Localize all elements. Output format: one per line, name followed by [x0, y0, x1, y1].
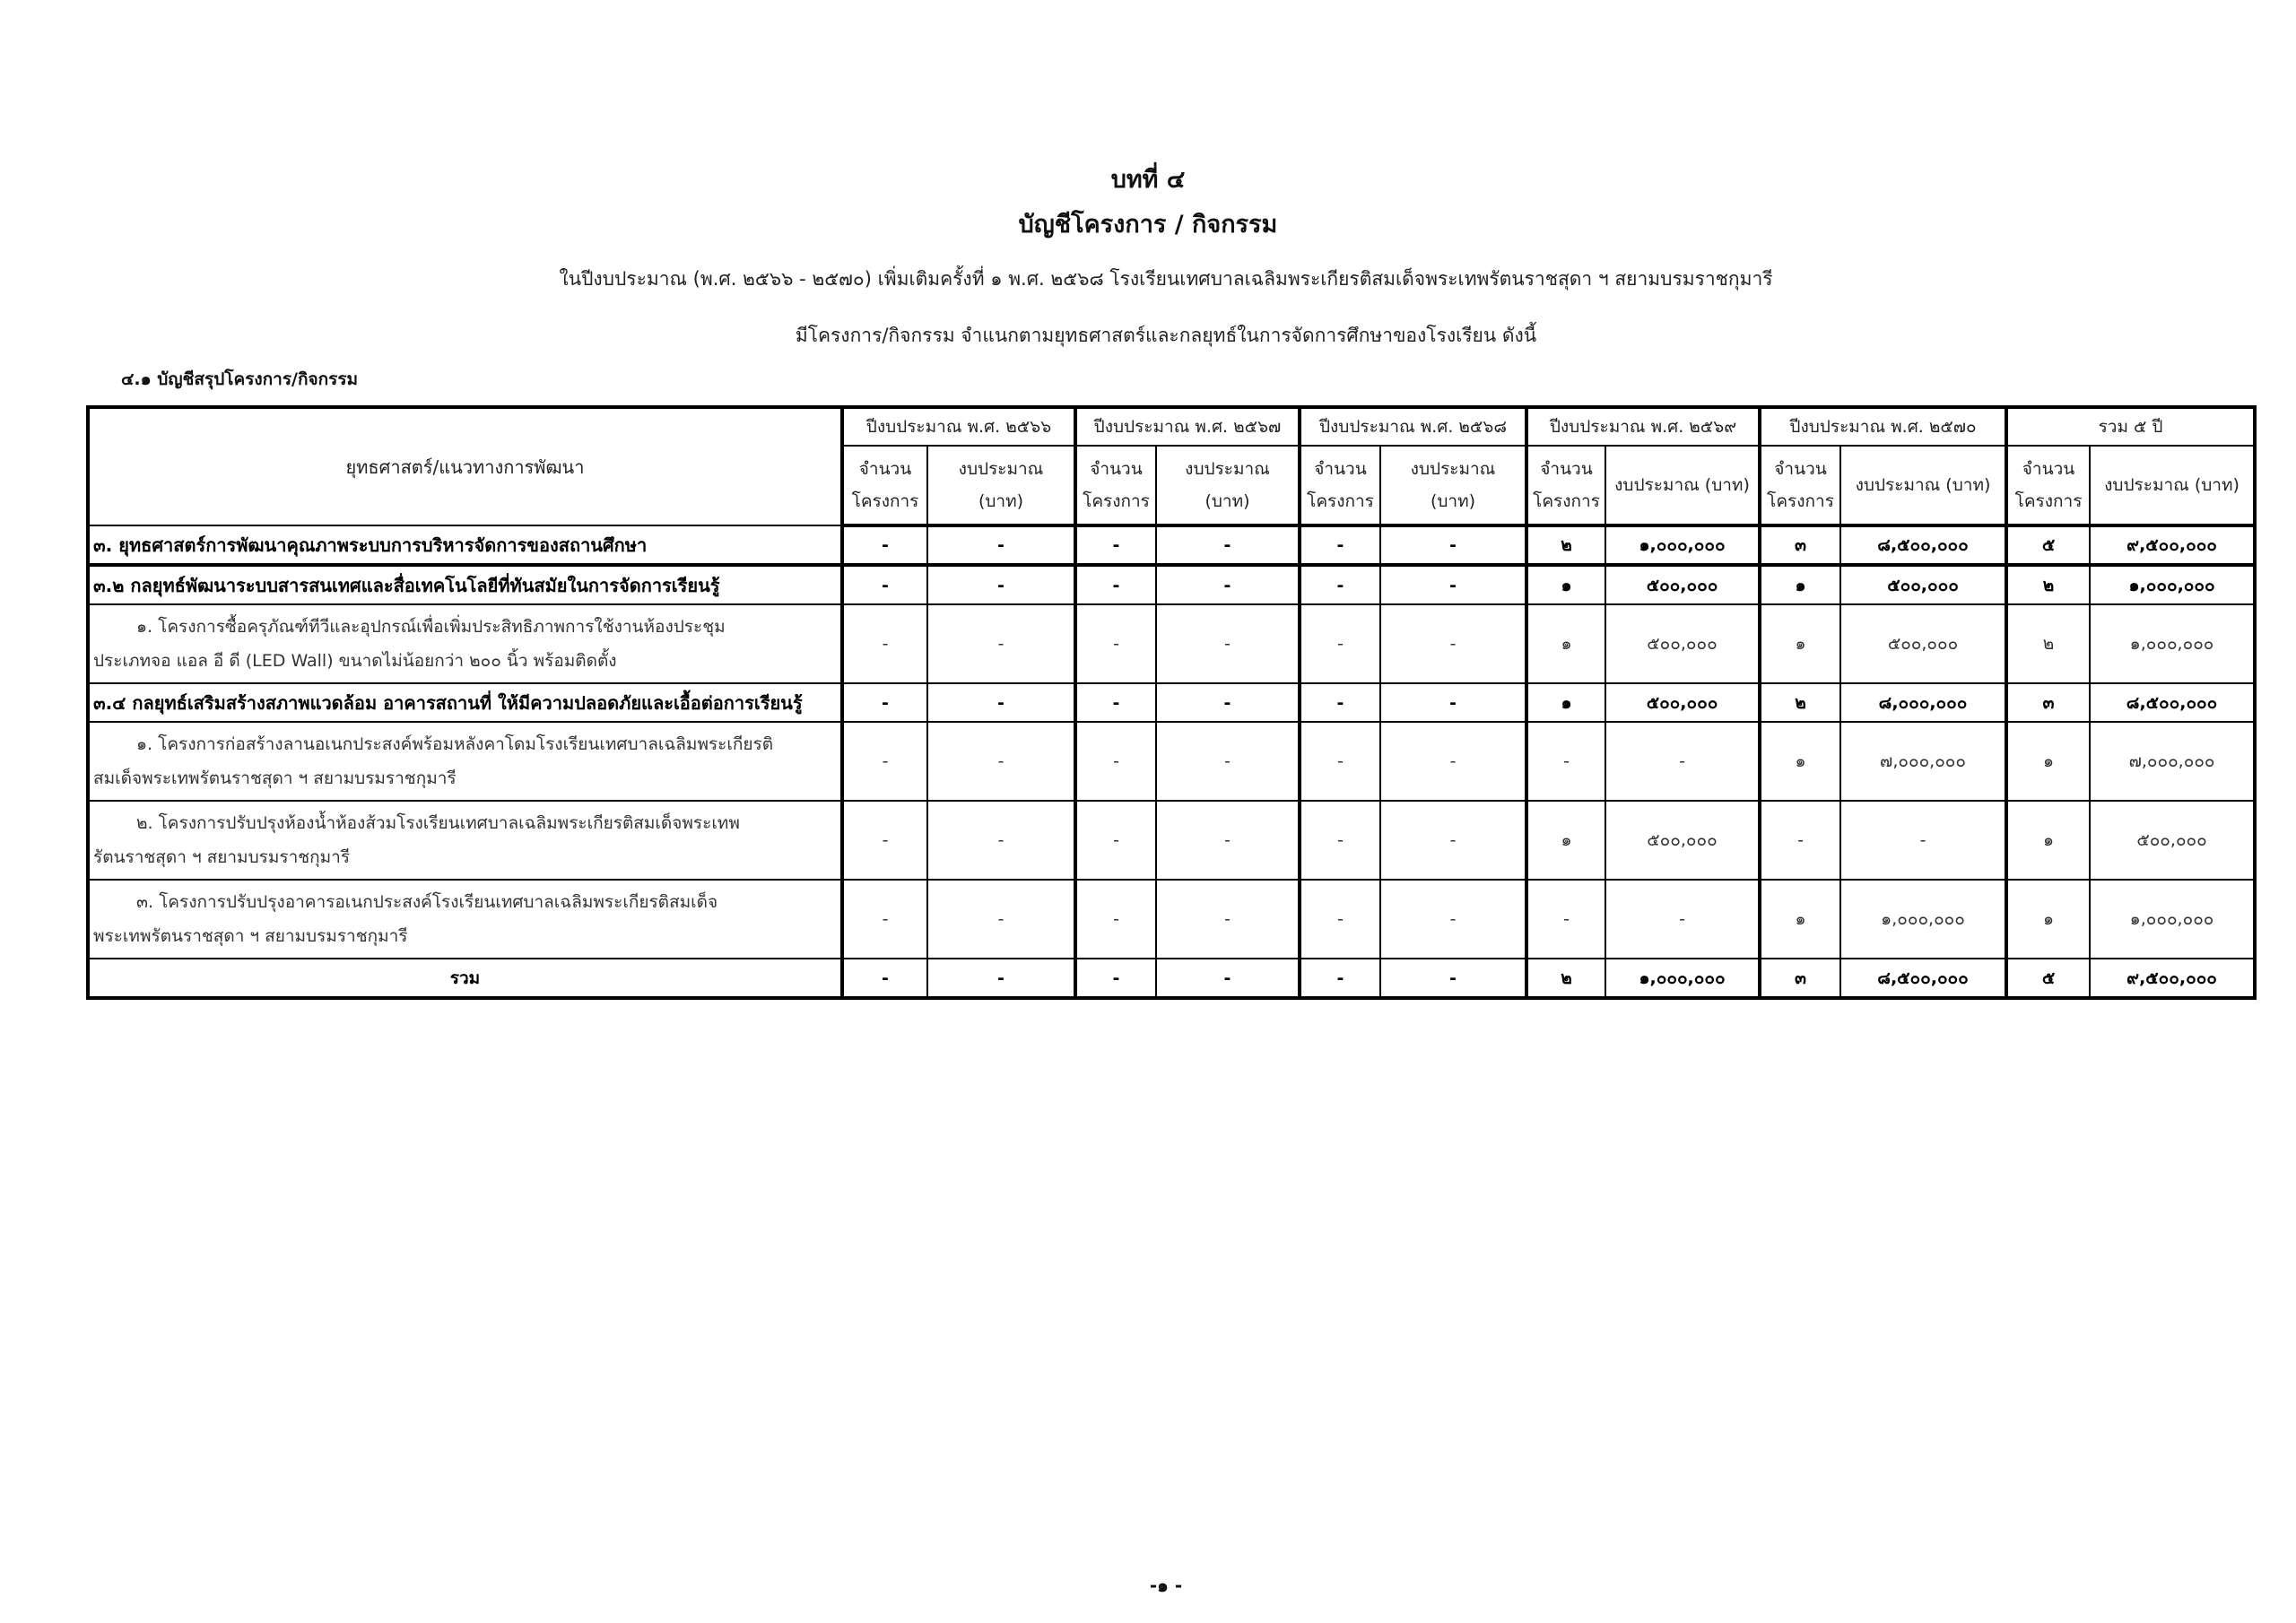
project-name-line: ๑. โครงการก่อสร้างลานอเนกประสงค์พร้อมหลั…: [93, 727, 837, 761]
project-count-cell: -: [1300, 880, 1380, 959]
budget-header: งบประมาณ (บาท): [2090, 446, 2255, 525]
budget-cell: ๘,๕๐๐,๐๐๐: [2090, 683, 2255, 722]
project-count-cell: ๓: [2006, 683, 2090, 722]
project-summary-table: ยุทธศาสตร์/แนวทางการพัฒนา ปีงบประมาณ พ.ศ…: [86, 405, 2257, 1000]
project-count-cell: -: [842, 959, 927, 998]
year-header-2568: ปีงบประมาณ พ.ศ. ๒๕๖๘: [1300, 407, 1526, 446]
budget-cell: ๕๐๐,๐๐๐: [1605, 801, 1760, 880]
budget-cell: -: [1380, 801, 1526, 880]
project-name-line: พระเทพรัตนราชสุดา ฯ สยามบรมราชกุมารี: [93, 919, 837, 953]
project-count-cell: ๒: [2006, 565, 2090, 604]
header-line: จำนวน: [1090, 459, 1142, 479]
budget-cell: -: [1380, 525, 1526, 565]
budget-cell: -: [1840, 801, 2006, 880]
header-line: โครงการ: [1767, 491, 1834, 511]
budget-cell: ๑,๐๐๐,๐๐๐: [2090, 880, 2255, 959]
budget-cell: -: [1156, 880, 1300, 959]
project-name-line: ๑. โครงการซื้อครุภัณฑ์ทีวีและอุปกรณ์เพื่…: [93, 610, 837, 644]
budget-cell: ๘,๐๐๐,๐๐๐: [1840, 683, 2006, 722]
document-title: บัญชีโครงการ / กิจกรรม: [0, 204, 2296, 243]
budget-cell: -: [1156, 683, 1300, 722]
header-line: งบประมาณ (บาท): [2104, 475, 2239, 495]
project-count-cell: ๑: [1760, 722, 1840, 801]
budget-header: งบประมาณ(บาท): [1156, 446, 1300, 525]
project-count-cell: -: [1300, 525, 1380, 565]
project-count-cell: -: [842, 801, 927, 880]
table-row: ๑. โครงการก่อสร้างลานอเนกประสงค์พร้อมหลั…: [88, 722, 2255, 801]
table-row: ๒. โครงการปรับปรุงห้องน้ำห้องส้วมโรงเรีย…: [88, 801, 2255, 880]
budget-cell: ๕๐๐,๐๐๐: [1840, 565, 2006, 604]
project-count-cell: -: [842, 525, 927, 565]
project-count-cell: -: [1760, 801, 1840, 880]
header-line: จำนวน: [1314, 459, 1366, 479]
budget-header: งบประมาณ (บาท): [1605, 446, 1760, 525]
budget-cell: ๗,๐๐๐,๐๐๐: [2090, 722, 2255, 801]
project-count-cell: ๑: [1526, 604, 1605, 683]
budget-cell: -: [1380, 604, 1526, 683]
budget-cell: -: [1156, 604, 1300, 683]
project-count-cell: -: [1526, 880, 1605, 959]
header-line: โครงการ: [2015, 491, 2083, 511]
section-heading: ๔.๑ บัญชีสรุปโครงการ/กิจกรรม: [121, 366, 358, 393]
budget-cell: -: [1156, 801, 1300, 880]
budget-cell: -: [1605, 880, 1760, 959]
project-count-cell: ๑: [1760, 880, 1840, 959]
budget-cell: ๘,๕๐๐,๐๐๐: [1840, 525, 2006, 565]
project-count-cell: ๑: [2006, 722, 2090, 801]
header-line: จำนวน: [1774, 459, 1826, 479]
year-header-2566: ปีงบประมาณ พ.ศ. ๒๕๖๖: [842, 407, 1075, 446]
budget-header: งบประมาณ(บาท): [927, 446, 1075, 525]
year-header-2567: ปีงบประมาณ พ.ศ. ๒๕๖๗: [1075, 407, 1300, 446]
project-count-header: จำนวนโครงการ: [1300, 446, 1380, 525]
project-name: ๓. โครงการปรับปรุงอาคารอเนกประสงค์โรงเรี…: [88, 880, 842, 959]
total-row: รวม------๒๑,๐๐๐,๐๐๐๓๘,๕๐๐,๐๐๐๕๙,๕๐๐,๐๐๐: [88, 959, 2255, 998]
project-name-line: รัตนราชสุดา ฯ สยามบรมราชกุมารี: [93, 840, 837, 874]
budget-cell: -: [1380, 683, 1526, 722]
project-count-cell: -: [1075, 683, 1156, 722]
project-count-header: จำนวนโครงการ: [1760, 446, 1840, 525]
budget-header: งบประมาณ (บาท): [1840, 446, 2006, 525]
strategy-name: ๓. ยุทธศาสตร์การพัฒนาคุณภาพระบบการบริหาร…: [88, 525, 842, 565]
project-count-cell: -: [1300, 959, 1380, 998]
budget-cell: ๘,๕๐๐,๐๐๐: [1840, 959, 2006, 998]
budget-cell: -: [927, 604, 1075, 683]
project-name: ๑. โครงการก่อสร้างลานอเนกประสงค์พร้อมหลั…: [88, 722, 842, 801]
budget-cell: ๑,๐๐๐,๐๐๐: [1840, 880, 2006, 959]
budget-cell: ๙,๕๐๐,๐๐๐: [2090, 525, 2255, 565]
budget-cell: -: [1380, 959, 1526, 998]
subtitle-line-2: มีโครงการ/กิจกรรม จำแนกตามยุทธศาสตร์และก…: [0, 321, 2296, 351]
page-number: -๑ -: [0, 1571, 2296, 1600]
budget-cell: ๑,๐๐๐,๐๐๐: [1605, 959, 1760, 998]
project-count-cell: ๒: [1760, 683, 1840, 722]
tactic-name: ๓.๒ กลยุทธ์พัฒนาระบบสารสนเทศและสื่อเทคโน…: [88, 565, 842, 604]
project-count-header: จำนวนโครงการ: [842, 446, 927, 525]
header-line: (บาท): [1431, 491, 1475, 511]
header-line: โครงการ: [1307, 491, 1374, 511]
project-count-cell: -: [842, 880, 927, 959]
budget-cell: ๑,๐๐๐,๐๐๐: [2090, 604, 2255, 683]
project-count-cell: -: [1075, 604, 1156, 683]
budget-header: งบประมาณ(บาท): [1380, 446, 1526, 525]
project-count-cell: ๑: [1760, 604, 1840, 683]
budget-cell: ๙,๕๐๐,๐๐๐: [2090, 959, 2255, 998]
project-count-cell: ๓: [1760, 525, 1840, 565]
project-count-cell: -: [1300, 604, 1380, 683]
project-count-header: จำนวนโครงการ: [1075, 446, 1156, 525]
table-row: ๓.๒ กลยุทธ์พัฒนาระบบสารสนเทศและสื่อเทคโน…: [88, 565, 2255, 604]
project-count-cell: -: [1075, 565, 1156, 604]
budget-cell: ๕๐๐,๐๐๐: [2090, 801, 2255, 880]
project-count-cell: -: [1526, 722, 1605, 801]
budget-cell: -: [927, 880, 1075, 959]
project-count-cell: ๒: [1526, 525, 1605, 565]
header-line: โครงการ: [852, 491, 919, 511]
total-label: รวม: [88, 959, 842, 998]
project-count-cell: ๑: [1526, 683, 1605, 722]
project-count-cell: -: [1300, 801, 1380, 880]
project-name: ๒. โครงการปรับปรุงห้องน้ำห้องส้วมโรงเรีย…: [88, 801, 842, 880]
project-count-cell: ๑: [1760, 565, 1840, 604]
budget-cell: -: [927, 801, 1075, 880]
budget-cell: -: [927, 722, 1075, 801]
project-count-cell: -: [842, 604, 927, 683]
year-header-total-5-years: รวม ๕ ปี: [2006, 407, 2255, 446]
header-line: (บาท): [1205, 491, 1249, 511]
project-count-cell: -: [842, 722, 927, 801]
table-row: ๓. โครงการปรับปรุงอาคารอเนกประสงค์โรงเรี…: [88, 880, 2255, 959]
budget-cell: ๑,๐๐๐,๐๐๐: [1605, 525, 1760, 565]
budget-cell: ๕๐๐,๐๐๐: [1605, 683, 1760, 722]
year-header-2570: ปีงบประมาณ พ.ศ. ๒๕๗๐: [1760, 407, 2006, 446]
budget-cell: -: [1380, 722, 1526, 801]
budget-cell: -: [1156, 525, 1300, 565]
project-count-cell: -: [842, 683, 927, 722]
project-count-cell: -: [1300, 565, 1380, 604]
header-line: จำนวน: [1540, 459, 1592, 479]
project-name: ๑. โครงการซื้อครุภัณฑ์ทีวีและอุปกรณ์เพื่…: [88, 604, 842, 683]
strategy-column-header: ยุทธศาสตร์/แนวทางการพัฒนา: [88, 407, 842, 525]
budget-cell: ๕๐๐,๐๐๐: [1840, 604, 2006, 683]
budget-cell: -: [1605, 722, 1760, 801]
project-count-cell: ๓: [1760, 959, 1840, 998]
header-line: (บาท): [978, 491, 1023, 511]
project-count-cell: -: [1075, 880, 1156, 959]
table-row: ๓. ยุทธศาสตร์การพัฒนาคุณภาพระบบการบริหาร…: [88, 525, 2255, 565]
header-line: งบประมาณ: [1185, 459, 1270, 479]
project-count-cell: ๒: [2006, 604, 2090, 683]
project-name-line: ประเภทจอ แอล อี ดี (LED Wall) ขนาดไม่น้อ…: [93, 644, 837, 678]
project-count-cell: -: [1075, 525, 1156, 565]
project-count-cell: -: [1300, 683, 1380, 722]
project-count-cell: ๑: [2006, 801, 2090, 880]
project-count-cell: ๒: [1526, 959, 1605, 998]
project-name-line: ๓. โครงการปรับปรุงอาคารอเนกประสงค์โรงเรี…: [93, 885, 837, 919]
project-count-cell: ๕: [2006, 525, 2090, 565]
budget-cell: ๗,๐๐๐,๐๐๐: [1840, 722, 2006, 801]
project-count-header: จำนวนโครงการ: [2006, 446, 2090, 525]
project-count-cell: ๑: [2006, 880, 2090, 959]
project-count-cell: -: [1075, 959, 1156, 998]
chapter-heading: บทที่ ๔: [0, 160, 2296, 198]
project-count-cell: -: [1075, 722, 1156, 801]
project-name-line: ๒. โครงการปรับปรุงห้องน้ำห้องส้วมโรงเรีย…: [93, 806, 837, 840]
header-line: โครงการ: [1533, 491, 1600, 511]
budget-cell: -: [927, 959, 1075, 998]
budget-cell: -: [1156, 722, 1300, 801]
budget-cell: -: [1156, 565, 1300, 604]
subtitle-line-1: ในปีงบประมาณ (พ.ศ. ๒๕๖๖ - ๒๕๗๐) เพิ่มเติ…: [0, 265, 2296, 294]
budget-cell: ๕๐๐,๐๐๐: [1605, 604, 1760, 683]
header-line: งบประมาณ: [959, 459, 1044, 479]
project-count-cell: -: [1075, 801, 1156, 880]
header-line: โครงการ: [1083, 491, 1150, 511]
budget-cell: -: [927, 683, 1075, 722]
project-count-cell: ๕: [2006, 959, 2090, 998]
year-header-2569: ปีงบประมาณ พ.ศ. ๒๕๖๙: [1526, 407, 1760, 446]
project-count-cell: ๑: [1526, 801, 1605, 880]
budget-cell: ๕๐๐,๐๐๐: [1605, 565, 1760, 604]
project-count-cell: -: [1300, 722, 1380, 801]
project-count-header: จำนวนโครงการ: [1526, 446, 1605, 525]
budget-cell: -: [1380, 565, 1526, 604]
header-line: งบประมาณ (บาท): [1856, 475, 1991, 495]
header-line: งบประมาณ: [1411, 459, 1496, 479]
header-line: จำนวน: [859, 459, 911, 479]
budget-cell: -: [927, 525, 1075, 565]
budget-cell: ๑,๐๐๐,๐๐๐: [2090, 565, 2255, 604]
table-row: ๑. โครงการซื้อครุภัณฑ์ทีวีและอุปกรณ์เพื่…: [88, 604, 2255, 683]
project-count-cell: -: [842, 565, 927, 604]
header-line: จำนวน: [2022, 459, 2074, 479]
budget-cell: -: [1380, 880, 1526, 959]
budget-cell: -: [1156, 959, 1300, 998]
table-row: ๓.๔ กลยุทธ์เสริมสร้างสภาพแวดล้อม อาคารสถ…: [88, 683, 2255, 722]
project-name-line: สมเด็จพระเทพรัตนราชสุดา ฯ สยามบรมราชกุมา…: [93, 761, 837, 795]
header-line: งบประมาณ (บาท): [1614, 475, 1750, 495]
tactic-name: ๓.๔ กลยุทธ์เสริมสร้างสภาพแวดล้อม อาคารสถ…: [88, 683, 842, 722]
project-count-cell: ๑: [1526, 565, 1605, 604]
budget-cell: -: [927, 565, 1075, 604]
